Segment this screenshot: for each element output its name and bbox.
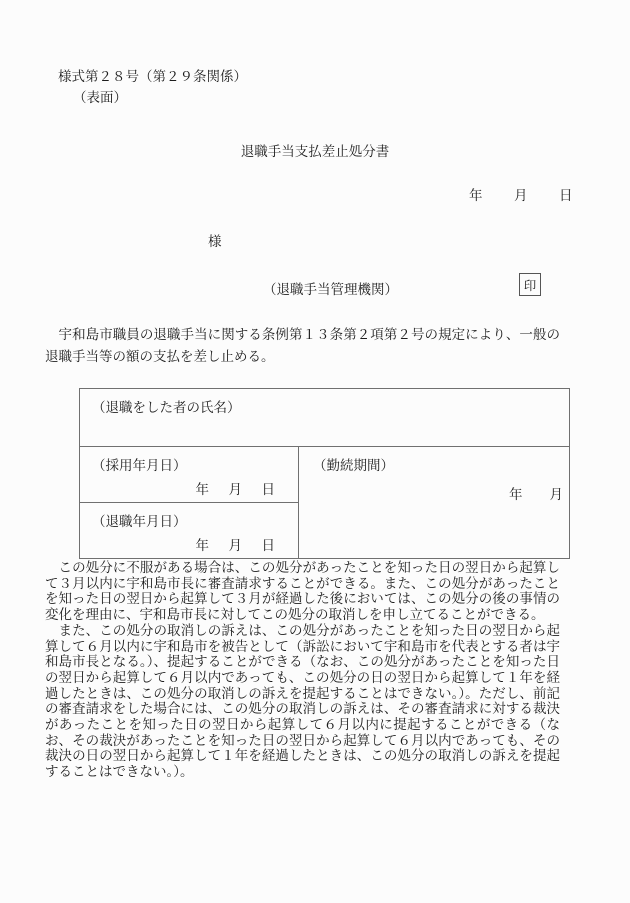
document-page: 様式第２８号（第２９条関係） （表面） 退職手当支払差止処分書 年 月 日 様 … <box>0 0 630 903</box>
recipient-honorific: 様 <box>208 230 222 250</box>
seal-character: 印 <box>524 276 537 294</box>
document-title: 退職手当支払差止処分書 <box>0 140 630 160</box>
hire-date-cell: （採用年月日） 年 月 日 <box>80 447 298 503</box>
appeal-notice-paragraph-1: この処分に不服がある場合は、この処分があったことを知った日の翌日から起算して３月… <box>45 560 560 623</box>
name-cell: （退職をした者の氏名） <box>80 389 569 447</box>
seal-box: 印 <box>519 273 541 296</box>
name-label: （退職をした者の氏名） <box>92 396 241 416</box>
service-period-label: （勤続期間） <box>313 454 394 474</box>
issue-date-line: 年 月 日 <box>469 184 574 204</box>
retire-date-cell: （退職年月日） 年 月 日 <box>80 503 298 558</box>
service-period-units: 年 月 <box>509 483 563 503</box>
service-period-cell: （勤続期間） 年 月 <box>299 447 569 558</box>
personal-info-table: （退職をした者の氏名） （採用年月日） 年 月 日 （退職年月日） 年 月 日 … <box>79 388 570 559</box>
retire-date-units: 年 月 日 <box>196 534 279 554</box>
disposition-statement: 宇和島市職員の退職手当に関する条例第１３条第２項第２号の規定により、一般の退職手… <box>45 324 560 367</box>
appeal-notice: この処分に不服がある場合は、この処分があったことを知った日の翌日から起算して３月… <box>45 560 560 780</box>
issuer-label: （退職手当管理機関） <box>263 278 398 298</box>
hire-date-units: 年 月 日 <box>196 478 279 498</box>
appeal-notice-paragraph-2: また、この処分の取消しの訴えは、この処分があったことを知った日の翌日から起算して… <box>45 623 560 780</box>
table-lower-section: （採用年月日） 年 月 日 （退職年月日） 年 月 日 （勤続期間） 年 月 <box>80 447 569 558</box>
form-number: 様式第２８号（第２９条関係） <box>58 65 247 85</box>
retire-date-label: （退職年月日） <box>92 510 187 530</box>
front-side-label: （表面） <box>73 86 127 106</box>
hire-date-label: （採用年月日） <box>92 454 187 474</box>
date-column: （採用年月日） 年 月 日 （退職年月日） 年 月 日 <box>80 447 299 558</box>
